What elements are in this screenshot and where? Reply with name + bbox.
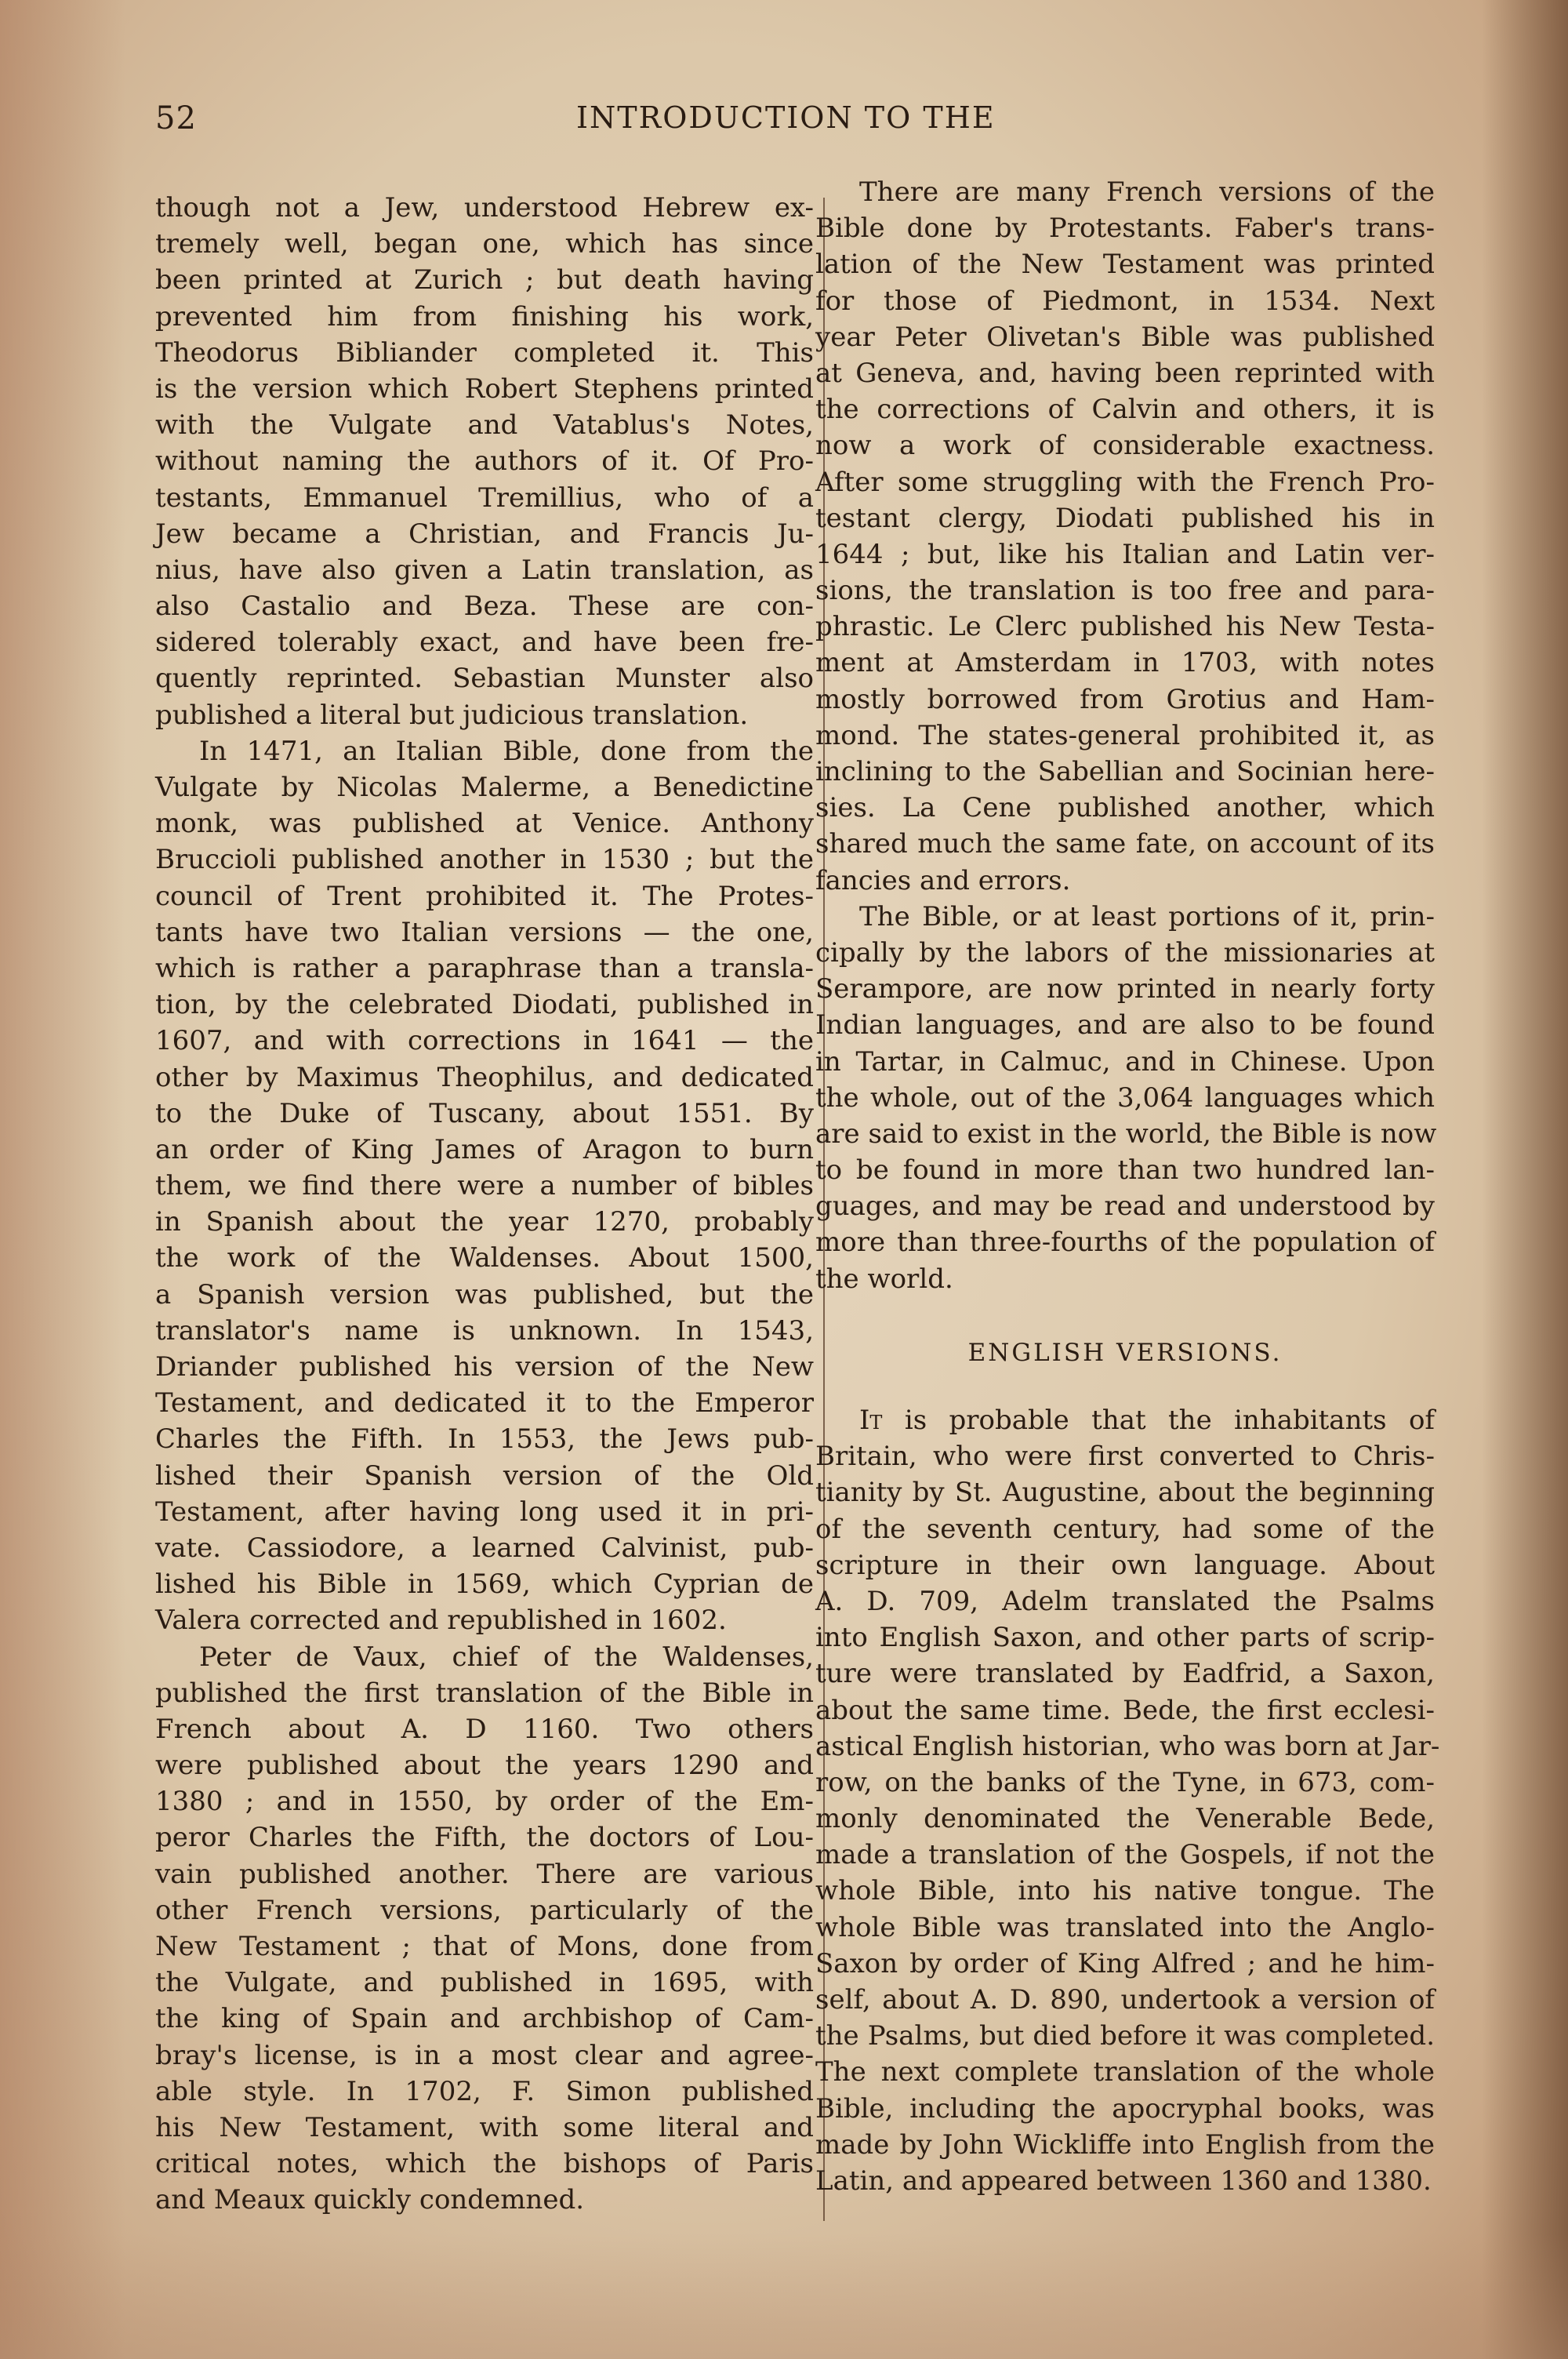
text-line: is the version which Robert Stephens pri… (155, 371, 814, 407)
text-line: cipally by the labors of the missionarie… (815, 935, 1435, 971)
text-line: made by John Wickliffe into English from… (815, 2127, 1435, 2163)
text-line: other by Maximus Theophilus, and dedicat… (155, 1060, 814, 1096)
small-caps-opening: It (859, 1405, 882, 1436)
text-line: mostly borrowed from Grotius and Ham- (815, 682, 1435, 718)
text-line: shared much the same fate, on account of… (815, 826, 1435, 862)
text-line: French about A. D 1160. Two others (155, 1711, 814, 1747)
text-line: quently reprinted. Sebastian Munster als… (155, 660, 814, 696)
left-column: though not a Jew, understood Hebrew ex-t… (155, 190, 814, 2219)
text-line: lished his Bible in 1569, which Cyprian … (155, 1566, 814, 1602)
text-line: Peter de Vaux, chief of the Waldenses, (155, 1639, 814, 1675)
text-line: council of Trent prohibited it. The Prot… (155, 878, 814, 914)
text-line: self, about A. D. 890, undertook a versi… (815, 1982, 1435, 2018)
text-line: scripture in their own language. About (815, 1547, 1435, 1583)
text-line: Valera corrected and republished in 1602… (155, 1602, 814, 1638)
text-line: the work of the Waldenses. About 1500, (155, 1240, 814, 1276)
text-line: 1607, and with corrections in 1641 — the (155, 1023, 814, 1059)
text-line: them, we find there were a number of bib… (155, 1168, 814, 1204)
text-line: Britain, who were first converted to Chr… (815, 1438, 1435, 1474)
first-line-text: is probable that the inhabitants of (882, 1405, 1435, 1436)
right-column: There are many French versions of theBib… (815, 174, 1435, 2199)
text-line: Bible done by Protestants. Faber's trans… (815, 210, 1435, 246)
text-line: able style. In 1702, F. Simon published (155, 2074, 814, 2110)
text-line: sidered tolerably exact, and have been f… (155, 624, 814, 660)
paragraph-first-line: It is probable that the inhabitants of (815, 1402, 1435, 1438)
text-line: Jew became a Christian, and Francis Ju- (155, 516, 814, 552)
text-line: tion, by the celebrated Diodati, publish… (155, 987, 814, 1023)
text-line: astical English historian, who was born … (815, 1728, 1435, 1765)
section-heading: ENGLISH VERSIONS. (815, 1335, 1435, 1371)
text-line: Charles the Fifth. In 1553, the Jews pub… (155, 1421, 814, 1457)
text-line: the Vulgate, and published in 1695, with (155, 1965, 814, 2001)
text-line: monly denominated the Venerable Bede, (815, 1801, 1435, 1837)
text-line: the world. (815, 1261, 1435, 1297)
text-line: published the first translation of the B… (155, 1675, 814, 1711)
page-edge-shadow-left (0, 0, 125, 2359)
text-line: made a translation of the Gospels, if no… (815, 1837, 1435, 1873)
text-line: inclining to the Sabellian and Socinian … (815, 754, 1435, 790)
text-line: Serampore, are now printed in nearly for… (815, 971, 1435, 1007)
text-line: nius, have also given a Latin translatio… (155, 552, 814, 588)
page-edge-shadow-right (1482, 0, 1568, 2359)
text-line: ture were translated by Eadfrid, a Saxon… (815, 1656, 1435, 1692)
text-line: whole Bible was translated into the Angl… (815, 1910, 1435, 1946)
text-line: which is rather a paraphrase than a tran… (155, 951, 814, 987)
text-line: After some struggling with the French Pr… (815, 464, 1435, 500)
text-line: to be found in more than two hundred lan… (815, 1152, 1435, 1188)
text-line: into English Saxon, and other parts of s… (815, 1619, 1435, 1656)
text-line: guages, and may be read and understood b… (815, 1188, 1435, 1224)
text-line: tianity by St. Augustine, about the begi… (815, 1474, 1435, 1510)
text-line: Testament, and dedicated it to the Emper… (155, 1385, 814, 1421)
text-line: also Castalio and Beza. These are con- (155, 588, 814, 624)
text-line: testants, Emmanuel Tremillius, who of a (155, 480, 814, 516)
text-line: other French versions, particularly of t… (155, 1892, 814, 1928)
text-line: his New Testament, with some literal and (155, 2110, 814, 2146)
text-line: phrastic. Le Clerc published his New Tes… (815, 609, 1435, 645)
text-line: more than three-fourths of the populatio… (815, 1224, 1435, 1260)
text-line: an order of King James of Aragon to burn (155, 1132, 814, 1168)
text-line: translator's name is unknown. In 1543, (155, 1313, 814, 1349)
text-line: and Meaux quickly condemned. (155, 2182, 814, 2218)
text-line: A. D. 709, Adelm translated the Psalms (815, 1583, 1435, 1619)
text-line: in Tartar, in Calmuc, and in Chinese. Up… (815, 1044, 1435, 1080)
page-number: 52 (155, 100, 197, 136)
text-line: the Psalms, but died before it was compl… (815, 2018, 1435, 2054)
text-line: testant clergy, Diodati published his in (815, 500, 1435, 536)
text-line: tants have two Italian versions — the on… (155, 914, 814, 951)
text-line: There are many French versions of the (815, 174, 1435, 210)
text-line: Indian languages, and are also to be fou… (815, 1007, 1435, 1043)
text-line: fancies and errors. (815, 863, 1435, 899)
right-column-pre-heading: There are many French versions of theBib… (815, 174, 1435, 1297)
text-line: In 1471, an Italian Bible, done from the (155, 733, 814, 769)
text-line: to the Duke of Tuscany, about 1551. By (155, 1096, 814, 1132)
text-line: now a work of considerable exactness. (815, 427, 1435, 463)
text-line: published a literal but judicious transl… (155, 697, 814, 733)
text-line: Testament, after having long used it in … (155, 1494, 814, 1530)
text-line: peror Charles the Fifth, the doctors of … (155, 1819, 814, 1856)
text-line: Saxon by order of King Alfred ; and he h… (815, 1946, 1435, 1982)
text-line: been printed at Zurich ; but death havin… (155, 262, 814, 298)
text-line: the corrections of Calvin and others, it… (815, 391, 1435, 427)
text-line: are said to exist in the world, the Bibl… (815, 1116, 1435, 1152)
text-line: sions, the translation is too free and p… (815, 572, 1435, 609)
text-line: about the same time. Bede, the first ecc… (815, 1692, 1435, 1728)
text-line: 1644 ; but, like his Italian and Latin v… (815, 536, 1435, 572)
text-line: year Peter Olivetan's Bible was publishe… (815, 319, 1435, 355)
text-line: at Geneva, and, having been reprinted wi… (815, 355, 1435, 391)
text-line: lation of the New Testament was printed (815, 246, 1435, 282)
text-line: bray's license, is in a most clear and a… (155, 2037, 814, 2074)
text-line: Bruccioli published another in 1530 ; bu… (155, 841, 814, 878)
text-line: tremely well, began one, which has since (155, 226, 814, 262)
text-line: prevented him from finishing his work, (155, 299, 814, 335)
text-line: vain published another. There are variou… (155, 1856, 814, 1892)
text-line: a Spanish version was published, but the (155, 1277, 814, 1313)
page-edge-shadow-bottom (0, 2234, 1568, 2359)
text-line: Bible, including the apocryphal books, w… (815, 2091, 1435, 2127)
text-line: though not a Jew, understood Hebrew ex- (155, 190, 814, 226)
right-column-post-heading: Britain, who were first converted to Chr… (815, 1438, 1435, 2199)
text-line: critical notes, which the bishops of Par… (155, 2146, 814, 2182)
text-line: the king of Spain and archbishop of Cam- (155, 2001, 814, 2037)
text-line: monk, was published at Venice. Anthony (155, 805, 814, 841)
text-line: whole Bible, into his native tongue. The (815, 1873, 1435, 1909)
text-line: without naming the authors of it. Of Pro… (155, 443, 814, 479)
text-line: in Spanish about the year 1270, probably (155, 1204, 814, 1240)
text-line: were published about the years 1290 and (155, 1747, 814, 1783)
text-line: with the Vulgate and Vatablus's Notes, (155, 407, 814, 443)
text-line: Theodorus Bibliander completed it. This (155, 335, 814, 371)
text-line: sies. La Cene published another, which (815, 790, 1435, 826)
text-line: Driander published his version of the Ne… (155, 1349, 814, 1385)
text-line: ment at Amsterdam in 1703, with notes (815, 645, 1435, 681)
text-line: Latin, and appeared between 1360 and 138… (815, 2163, 1435, 2199)
text-line: vate. Cassiodore, a learned Calvinist, p… (155, 1530, 814, 1566)
text-line: the whole, out of the 3,064 languages wh… (815, 1080, 1435, 1116)
text-line: Vulgate by Nicolas Malerme, a Benedictin… (155, 769, 814, 805)
text-line: mond. The states-general prohibited it, … (815, 718, 1435, 754)
running-title: INTRODUCTION TO THE (576, 100, 996, 135)
text-line: New Testament ; that of Mons, done from (155, 1928, 814, 1965)
text-line: row, on the banks of the Tyne, in 673, c… (815, 1765, 1435, 1801)
text-line: lished their Spanish version of the Old (155, 1458, 814, 1494)
text-line: The Bible, or at least portions of it, p… (815, 899, 1435, 935)
text-line: 1380 ; and in 1550, by order of the Em- (155, 1783, 814, 1819)
text-line: for those of Piedmont, in 1534. Next (815, 283, 1435, 319)
text-line: The next complete translation of the who… (815, 2054, 1435, 2090)
text-line: of the seventh century, had some of the (815, 1511, 1435, 1547)
